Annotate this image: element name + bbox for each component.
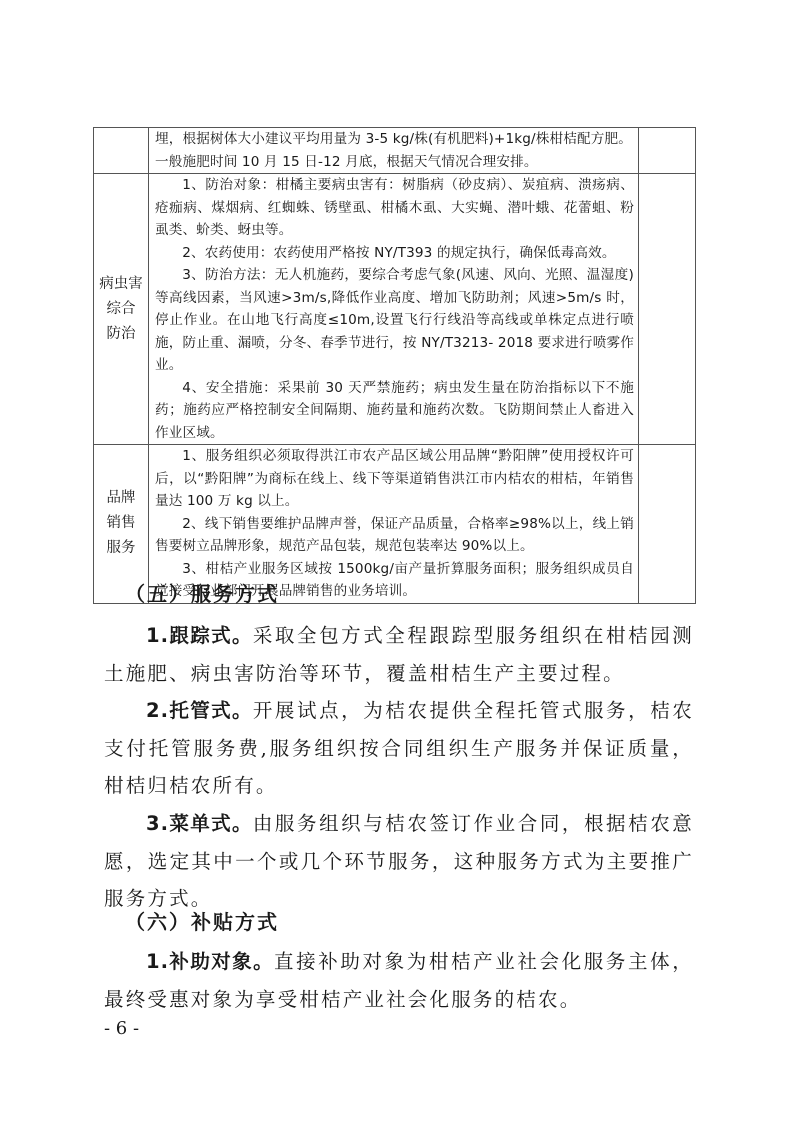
content-paragraph: 2、线下销售要维护品牌声誉，保证产品质量，合格率≥98%以上，线上销售要树立品牌… <box>155 513 634 558</box>
service-standards-table: 埋，根据树体大小建议平均用量为 3-5 kg/株(有机肥料)+1kg/株柑桔配方… <box>93 127 696 604</box>
paragraph-trusteeship-mode: 2.托管式。开展试点，为桔农提供全程托管式服务，桔农支付托管服务费,服务组织按合… <box>104 692 694 805</box>
row-label-cell <box>94 128 149 174</box>
row-label-line: 服务 <box>94 536 148 561</box>
paragraph-lead: 1.跟踪式。 <box>146 624 253 647</box>
content-paragraph: 2、农药使用：农药使用严格按 NY/T393 的规定执行，确保低毒高效。 <box>155 242 634 265</box>
paragraph-lead: 1.补助对象。 <box>146 950 274 973</box>
paragraph-tracking-mode: 1.跟踪式。采取全包方式全程跟踪型服务组织在柑桔园测土施肥、病虫害防治等环节，覆… <box>104 617 694 692</box>
row-label-line: 销售 <box>94 511 148 536</box>
document-page: 埋，根据树体大小建议平均用量为 3-5 kg/株(有机肥料)+1kg/株柑桔配方… <box>0 0 793 1121</box>
row-remark-cell <box>639 128 696 174</box>
paragraph-lead: 2.托管式。 <box>146 699 253 722</box>
content-line: 一般施肥时间 10 月 15 日-12 月底，根据天气情况合理安排。 <box>155 151 634 174</box>
table-row-fertilization-continued: 埋，根据树体大小建议平均用量为 3-5 kg/株(有机肥料)+1kg/株柑桔配方… <box>94 128 696 174</box>
row-remark-cell <box>639 445 696 604</box>
paragraph-lead: 3.菜单式。 <box>146 812 253 835</box>
row-content-cell: 埋，根据树体大小建议平均用量为 3-5 kg/株(有机肥料)+1kg/株柑桔配方… <box>149 128 639 174</box>
row-label-line: 防治 <box>94 322 148 347</box>
row-remark-cell <box>639 174 696 445</box>
content-paragraph: 4、安全措施：采果前 30 天严禁施药；病虫发生量在防治指标以下不施药；施药应严… <box>155 377 634 445</box>
content-paragraph: 3、防治方法：无人机施药，要综合考虑气象(风速、风向、光照、温湿度)等高线因素，… <box>155 264 634 377</box>
row-content-cell: 1、防治对象：柑橘主要病虫害有：树脂病（砂皮病）、炭疽病、溃疡病、疮痂病、煤烟病… <box>149 174 639 445</box>
section-heading-subsidy-mode: （六）补贴方式 <box>125 906 279 935</box>
row-label-line: 品牌 <box>94 486 148 511</box>
section-heading-service-mode: （五）服务方式 <box>125 578 279 607</box>
row-label-line: 病虫害 <box>94 272 148 297</box>
paragraph-subsidy-target: 1.补助对象。直接补助对象为柑桔产业社会化服务主体，最终受惠对象为享受柑桔产业社… <box>104 943 694 1018</box>
content-line: 埋，根据树体大小建议平均用量为 3-5 kg/株(有机肥料)+1kg/株柑桔配方… <box>155 128 634 151</box>
table-row-pest-control: 病虫害 综合 防治 1、防治对象：柑橘主要病虫害有：树脂病（砂皮病）、炭疽病、溃… <box>94 174 696 445</box>
content-paragraph: 1、服务组织必须取得洪江市农产品区域公用品牌“黔阳牌”使用授权许可后，以“黔阳牌… <box>155 445 634 513</box>
content-paragraph: 1、防治对象：柑橘主要病虫害有：树脂病（砂皮病）、炭疽病、溃疡病、疮痂病、煤烟病… <box>155 174 634 242</box>
row-label-line: 综合 <box>94 297 148 322</box>
row-label-cell: 病虫害 综合 防治 <box>94 174 149 445</box>
paragraph-menu-mode: 3.菜单式。由服务组织与桔农签订作业合同，根据桔农意愿，选定其中一个或几个环节服… <box>104 805 694 918</box>
page-number: - 6 - <box>104 1018 139 1039</box>
